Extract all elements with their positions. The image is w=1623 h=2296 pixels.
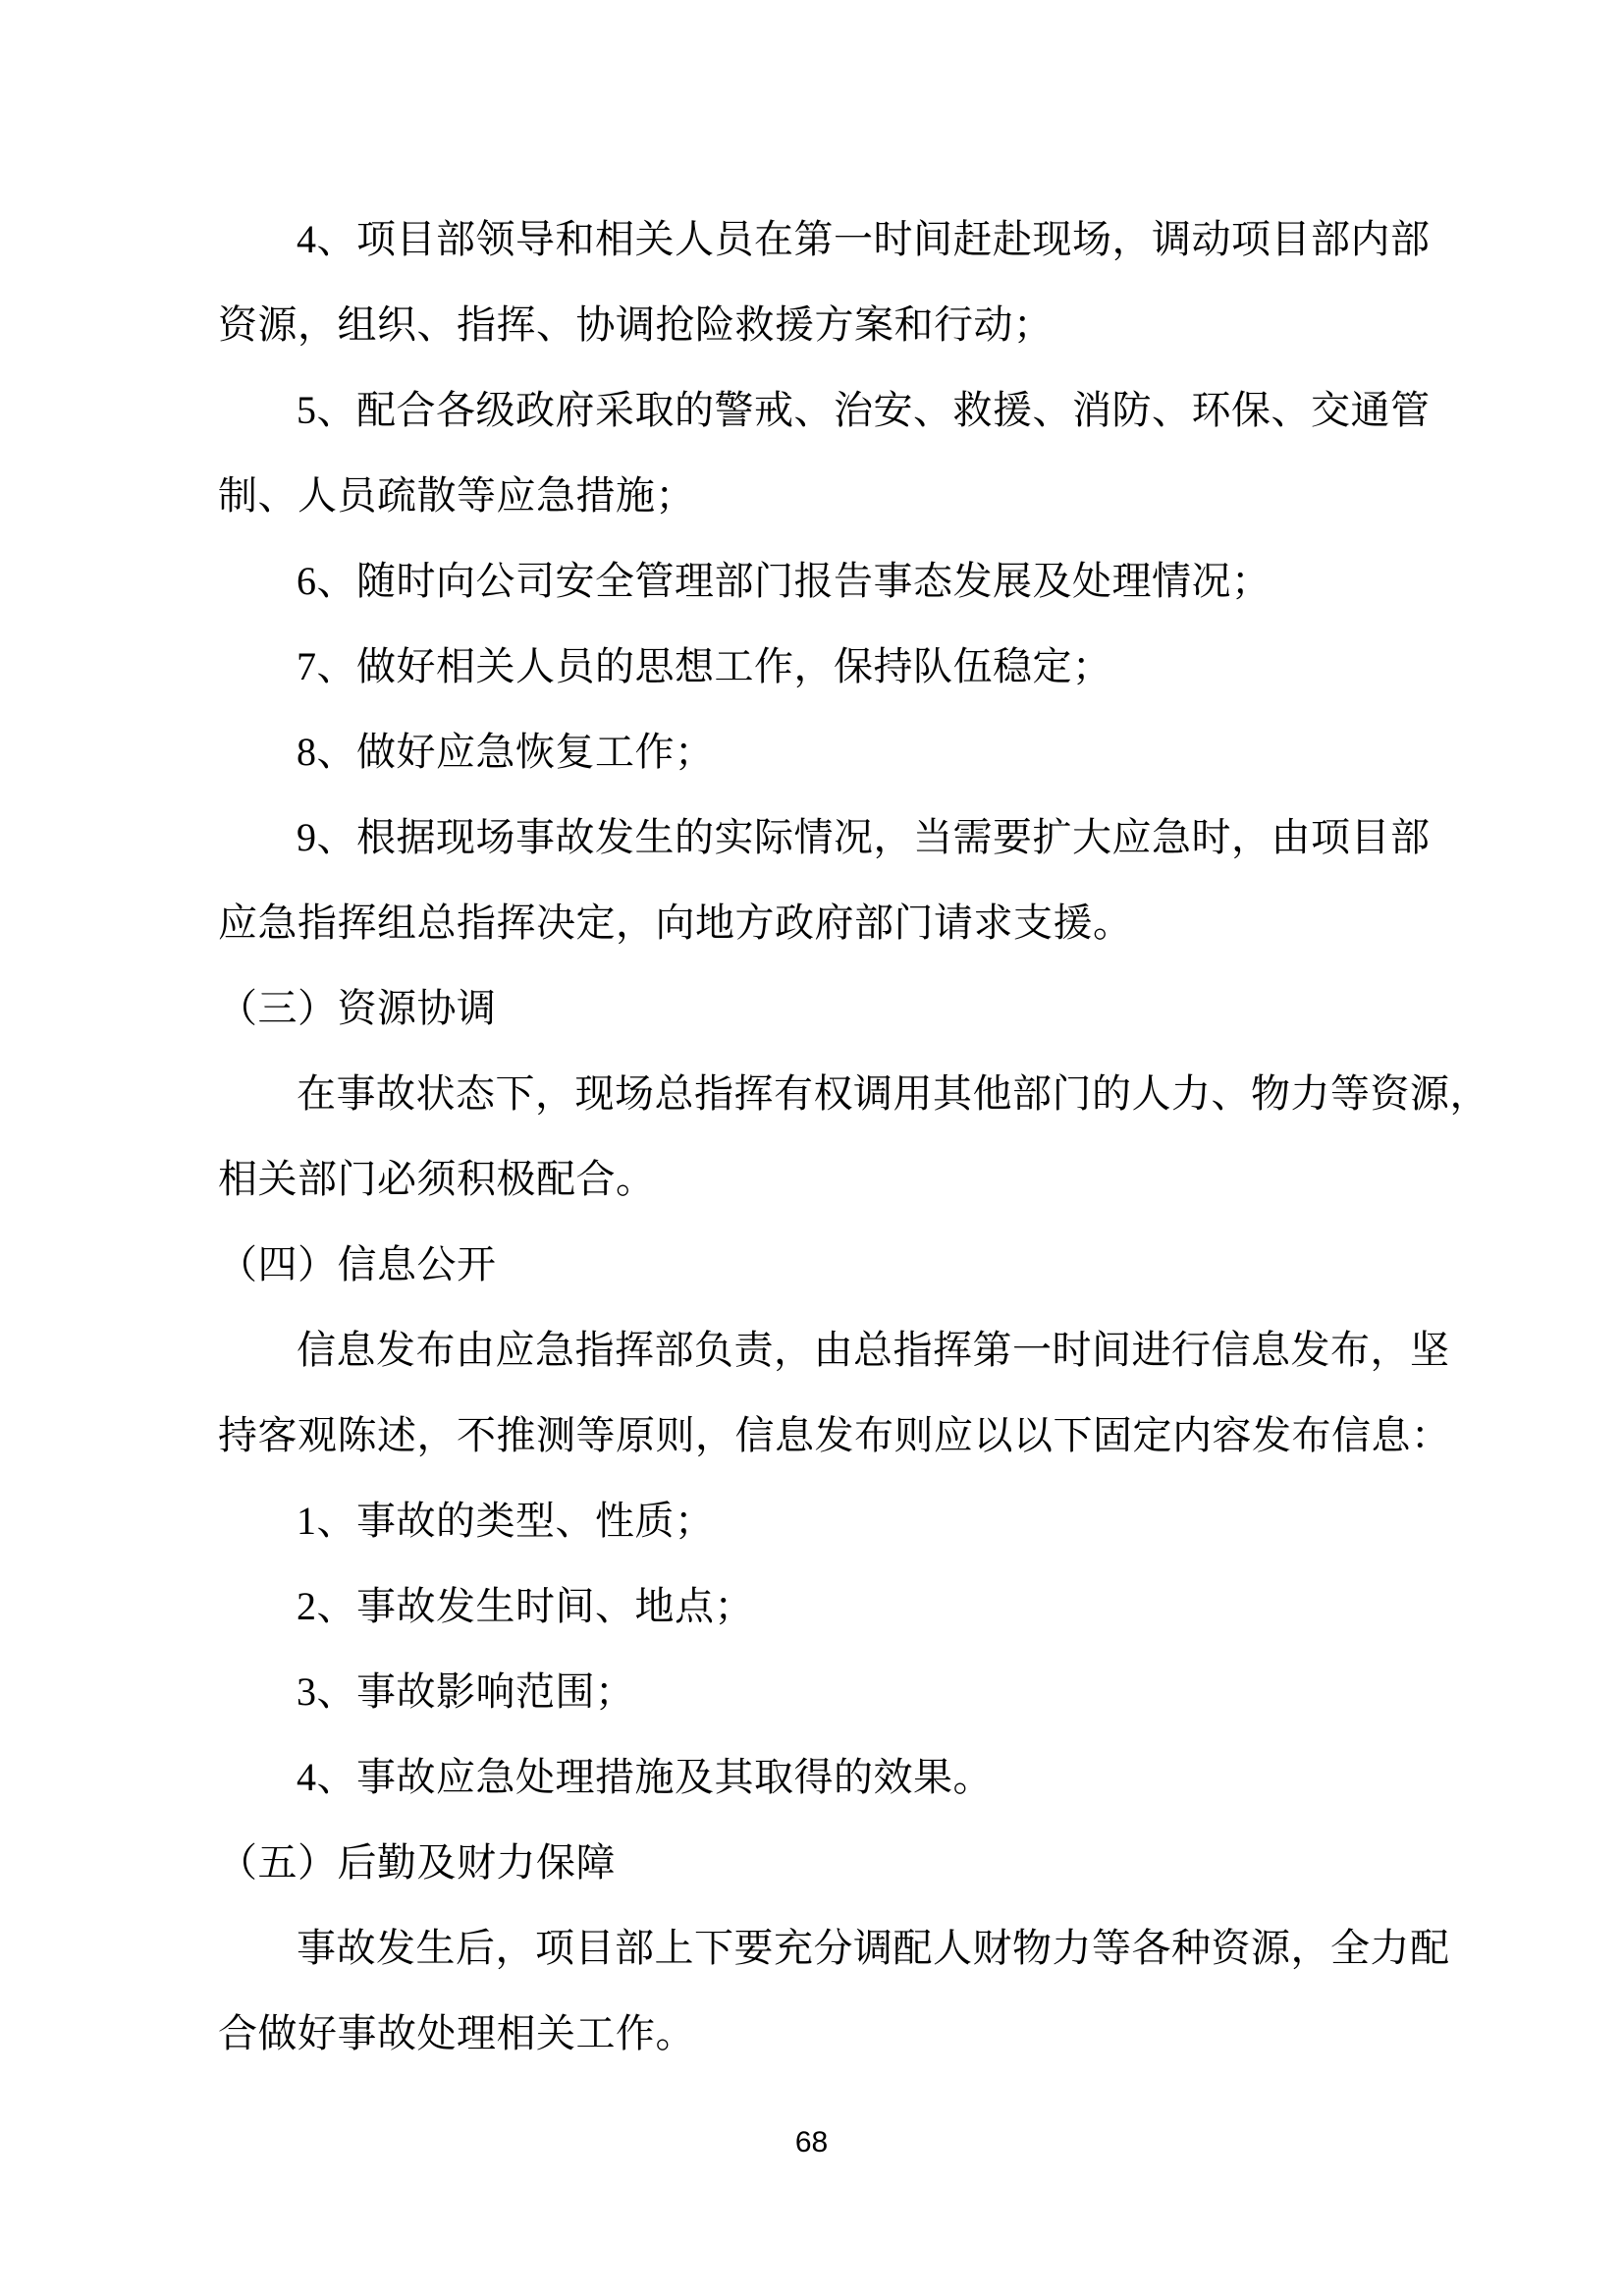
body-line: 在事故状态下，现场总指挥有权调用其他部门的人力、物力等资源， <box>218 1051 1435 1136</box>
body-line: 合做好事故处理相关工作。 <box>218 1991 1435 2076</box>
body-line: 6、随时向公司安全管理部门报告事态发展及处理情况； <box>218 538 1435 624</box>
body-line: 资源，组织、指挥、协调抢险救援方案和行动； <box>218 282 1435 367</box>
section-heading: （四）信息公开 <box>218 1222 1435 1307</box>
body-line: 9、根据现场事故发生的实际情况，当需要扩大应急时，由项目部 <box>218 794 1435 880</box>
document-body: 4、项目部领导和相关人员在第一时间赶赴现场，调动项目部内部 资源，组织、指挥、协… <box>218 196 1435 2076</box>
body-line: 应急指挥组总指挥决定，向地方政府部门请求支援。 <box>218 880 1435 965</box>
document-page: 4、项目部领导和相关人员在第一时间赶赴现场，调动项目部内部 资源，组织、指挥、协… <box>0 0 1623 2296</box>
body-line: 5、配合各级政府采取的警戒、治安、救援、消防、环保、交通管 <box>218 367 1435 453</box>
body-line: 相关部门必须积极配合。 <box>218 1136 1435 1222</box>
body-line: 4、事故应急处理措施及其取得的效果。 <box>218 1734 1435 1820</box>
body-line: 制、人员疏散等应急措施； <box>218 453 1435 538</box>
section-heading: （五）后勤及财力保障 <box>218 1820 1435 1905</box>
body-line: 8、做好应急恢复工作； <box>218 709 1435 794</box>
page-number: 68 <box>795 2126 828 2159</box>
body-line: 持客观陈述，不推测等原则，信息发布则应以以下固定内容发布信息： <box>218 1393 1435 1478</box>
body-line: 1、事故的类型、性质； <box>218 1478 1435 1563</box>
body-line: 4、项目部领导和相关人员在第一时间赶赴现场，调动项目部内部 <box>218 196 1435 282</box>
body-line: 7、做好相关人员的思想工作，保持队伍稳定； <box>218 624 1435 709</box>
body-line: 2、事故发生时间、地点； <box>218 1563 1435 1649</box>
page-footer: 68 <box>0 2126 1623 2159</box>
body-line: 3、事故影响范围； <box>218 1649 1435 1734</box>
section-heading: （三）资源协调 <box>218 965 1435 1051</box>
body-line: 信息发布由应急指挥部负责，由总指挥第一时间进行信息发布，坚 <box>218 1307 1435 1393</box>
body-line: 事故发生后，项目部上下要充分调配人财物力等各种资源，全力配 <box>218 1905 1435 1991</box>
